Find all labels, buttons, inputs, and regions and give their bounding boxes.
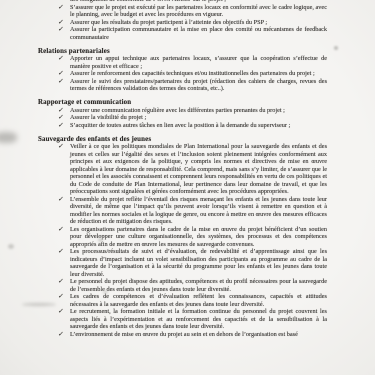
bullet-text: L’ensemble du projet reflète l’éventail …	[70, 196, 327, 226]
bullet-item: ✓ Assurer la visibilité du projet ;	[38, 114, 327, 122]
scanned-document-page: des obligations de conformité de l’ONG A…	[0, 0, 375, 375]
scan-smudge	[0, 132, 17, 143]
document-section-sauvegarde-enfants: Sauvegarde des enfants et des jeunes ✓ V…	[38, 136, 327, 339]
bullet-text: Apporter un appui technique aux partenai…	[70, 55, 327, 70]
checkmark-icon: ✓	[57, 331, 64, 339]
bullet-text: Assurer la participation communautaire e…	[70, 26, 327, 41]
bullet-item: ✓ Assurer le renforcement des capacités …	[38, 70, 327, 78]
bullet-item: ✓ L’ensemble du projet reflète l’éventai…	[38, 196, 327, 226]
bullet-text: Le personnel du projet dispose des aptit…	[70, 278, 327, 293]
document-section-top: des obligations de conformité de l’ONG A…	[38, 0, 327, 41]
checkmark-icon: ✓	[57, 196, 64, 204]
bullet-item: ✓ Le recrutement, la formation initiale …	[38, 308, 327, 331]
checkmark-icon: ✓	[57, 278, 64, 286]
bullet-text: Veiller à ce que les politiques mondiale…	[70, 143, 327, 195]
document-section-rapportage-communication: Rapportage et communication ✓ Assurer un…	[38, 99, 327, 129]
checkmark-icon: ✓	[57, 143, 64, 151]
checkmark-icon: ✓	[57, 78, 64, 86]
bullet-text: Assurer la visibilité du projet ;	[70, 114, 146, 121]
section-heading: Rapportage et communication	[38, 99, 327, 107]
bullet-item: ✓ S’acquitter de toutes autres tâches en…	[38, 122, 327, 130]
bullet-text: Le recrutement, la formation initiale et…	[70, 308, 327, 330]
bullet-text: Assurer le renforcement des capacités te…	[70, 70, 315, 77]
section-heading: Relations partenariales	[38, 48, 327, 56]
bullet-item: ✓ Assurer la participation communautaire…	[38, 26, 327, 41]
checkmark-icon: ✓	[57, 4, 64, 12]
bullet-text: L’environnement de mise en œuvre du proj…	[70, 331, 298, 338]
checkmark-icon: ✓	[57, 226, 64, 234]
document-section-relations-partenariales: Relations partenariales ✓ Apporter un ap…	[38, 48, 327, 93]
checkmark-icon: ✓	[57, 248, 64, 256]
bullet-item: ✓ Assurer le suivi des prestataires/part…	[38, 78, 327, 93]
bullet-item: ✓ Le personnel du projet dispose des apt…	[38, 278, 327, 293]
bullet-text: Les processus/résultats de suivi et d’év…	[70, 248, 327, 278]
bullet-text: Assurer une communication régulière avec…	[70, 107, 285, 114]
scan-smudge	[8, 244, 14, 249]
checkmark-icon: ✓	[57, 122, 64, 130]
bullet-text: Les cadres de compétences et d’évaluatio…	[70, 293, 327, 308]
bullet-item: ✓ Veiller à ce que les politiques mondia…	[38, 143, 327, 196]
bullet-item: ✓ Assurer que les résultats du projet pa…	[38, 19, 327, 27]
checkmark-icon: ✓	[57, 308, 64, 316]
bullet-text: S’acquitter de toutes autres tâches en l…	[70, 122, 290, 129]
bullet-text: S’assurer que le projet est exécuté par …	[70, 4, 327, 19]
bullet-item: ✓ S’assurer que le projet est exécuté pa…	[38, 4, 327, 19]
bullet-item: ✓ Les cadres de compétences et d’évaluat…	[38, 293, 327, 308]
bullet-text: Les organisations partenaires dans le ca…	[70, 226, 327, 248]
checkmark-icon: ✓	[57, 293, 64, 301]
bullet-text: Assurer le suivi des prestataires/parten…	[70, 78, 327, 93]
bullet-item: ✓ Apporter un appui technique aux parten…	[38, 55, 327, 70]
checkmark-icon: ✓	[57, 26, 64, 34]
checkmark-icon: ✓	[57, 55, 64, 63]
bullet-text: Assurer que les résultats du projet part…	[70, 19, 267, 26]
bullet-item: ✓ Les organisations partenaires dans le …	[38, 226, 327, 249]
bullet-item: ✓ Assurer une communication régulière av…	[38, 107, 327, 115]
scan-smudge	[334, 46, 338, 50]
bullet-item: ✓ Les processus/résultats de suivi et d’…	[38, 248, 327, 278]
bullet-item: ✓ L’environnement de mise en œuvre du pr…	[38, 331, 327, 339]
document-content: des obligations de conformité de l’ONG A…	[38, 0, 327, 338]
